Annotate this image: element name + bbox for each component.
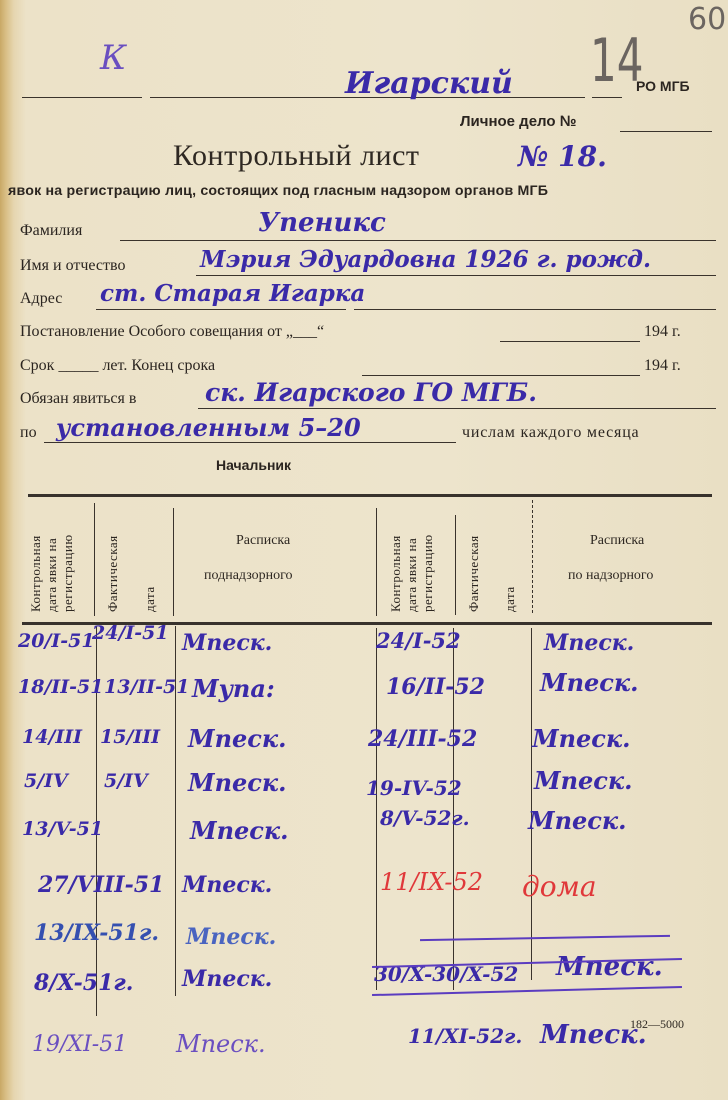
col-sep-4 <box>455 515 456 615</box>
body-col-sep-3 <box>376 628 377 990</box>
left-row-3-control: 14/III <box>22 726 82 748</box>
left-row-7-control: 13/IX-51г. <box>34 920 159 946</box>
obliged-value: ск. Игарского ГО МГБ. <box>205 378 537 407</box>
term-year: 194 г. <box>644 357 681 375</box>
header-actual-date-right-2: дата <box>502 570 518 612</box>
left-row-9-control: 19/XI-51 <box>32 1032 127 1057</box>
header-receipt-left-1: Расписка <box>236 533 290 549</box>
department-suffix: РО МГБ <box>636 78 690 94</box>
left-row-9-signature: Мпеск. <box>176 1030 266 1058</box>
surname-underline <box>120 240 716 241</box>
left-row-4-signature: Мпеск. <box>188 768 287 797</box>
by-underline <box>44 442 456 443</box>
left-row-5-signature: Мпеск. <box>190 816 289 845</box>
decree-year: 194 г. <box>644 323 681 341</box>
personal-file-underline <box>620 131 712 132</box>
left-row-2-actual: 13/II-51 <box>104 676 189 698</box>
left-row-7-signature: Мпеск. <box>186 924 276 950</box>
print-code: 182—5000 <box>630 1017 684 1032</box>
address-underline-1 <box>96 309 346 310</box>
surname-value: Упеникс <box>258 208 386 238</box>
header-receipt-right-1: Расписка <box>590 533 644 549</box>
left-row-4-actual: 5/IV <box>104 770 148 792</box>
obliged-label: Обязан явиться в <box>20 390 136 408</box>
strike-line-3 <box>372 986 682 996</box>
sheet-subtitle: явок на регистрацию лиц, состоящих под г… <box>8 183 548 199</box>
left-row-4-control: 5/IV <box>24 770 68 792</box>
right-row-5-signature: Мпеск. <box>528 806 627 835</box>
col-sep-1 <box>94 503 95 616</box>
term-label: Срок _____ лет. Конец срока <box>20 357 215 375</box>
surname-label: Фамилия <box>20 222 82 240</box>
obliged-underline <box>198 408 716 409</box>
right-row-4-control: 19-IV-52 <box>366 776 462 800</box>
right-row-2-control: 16/II-52 <box>386 674 485 700</box>
header-receipt-right-2: по надзорного <box>568 568 653 584</box>
left-row-3-actual: 15/III <box>100 726 160 748</box>
left-row-8-signature: Мпеск. <box>182 966 272 992</box>
name-value: Мэрия Эдуардовна 1926 г. рожд. <box>200 246 651 273</box>
right-row-2-signature: Мпеск. <box>540 668 639 697</box>
left-row-1-signature: Мпеск. <box>182 630 272 656</box>
header-underline-1 <box>22 97 142 98</box>
col-sep-5 <box>532 500 533 613</box>
personal-file-label: Личное дело № <box>460 113 576 130</box>
left-row-2-signature: Мупа: <box>192 674 275 703</box>
left-row-5-control: 13/V-51 <box>22 818 103 840</box>
left-row-8-control: 8/X-51г. <box>34 970 133 996</box>
address-label: Адрес <box>20 290 62 308</box>
right-row-3-signature: Мпеск. <box>532 724 631 753</box>
right-row-7-signature: Мпеск. <box>556 952 663 982</box>
right-row-5-control: 8/V-52г. <box>380 806 470 830</box>
right-row-8-control: 11/XI-52г. <box>408 1024 522 1048</box>
left-row-6-control: 27/VIII-51 <box>38 872 164 898</box>
right-row-1-control: 24/I-52 <box>376 628 461 653</box>
header-underline-3 <box>592 97 622 98</box>
body-col-sep-5 <box>531 628 532 980</box>
header-actual-date-right-1: Фактическая <box>466 508 482 612</box>
header-actual-date-left-1: Фактическая <box>105 508 121 612</box>
header-receipt-left-2: поднадзорного <box>204 568 293 584</box>
by-suffix: числам каждого месяца <box>462 424 639 442</box>
strike-line-1 <box>420 935 670 941</box>
by-label: по <box>20 424 37 442</box>
left-row-3-signature: Мпеск. <box>188 724 287 753</box>
term-underline <box>362 375 640 376</box>
city-handwritten: Игарский <box>345 66 513 101</box>
name-label: Имя и отчество <box>20 257 125 275</box>
left-row-1-control: 20/I-51 <box>18 630 95 652</box>
right-row-3-control: 24/III-52 <box>368 726 477 752</box>
col-sep-2 <box>173 508 174 616</box>
pencil-page-number: 60 <box>688 2 726 37</box>
control-sheet-document: К Игарский 14 60 РО МГБ Личное дело № Ко… <box>0 0 728 1100</box>
name-underline <box>196 275 716 276</box>
header-actual-date-left-2: дата <box>142 570 158 612</box>
left-row-2-control: 18/II-51 <box>18 676 103 698</box>
left-row-6-signature: Мпеск. <box>182 872 272 898</box>
right-row-6-control: 11/IX-52 <box>380 868 483 896</box>
right-row-6-note: дома <box>522 870 597 903</box>
decree-label: Постановление Особого совещания от „___“ <box>20 323 324 341</box>
corner-mark: К <box>100 38 126 78</box>
sheet-title: Контрольный лист <box>173 139 420 173</box>
sheet-number: № 18. <box>518 140 607 173</box>
right-row-4-signature: Мпеск. <box>534 766 633 795</box>
decree-underline <box>500 341 640 342</box>
address-value: ст. Старая Игарка <box>100 280 365 307</box>
left-row-1-actual: 24/I-51 <box>92 622 169 644</box>
chief-label: Начальник <box>216 457 291 473</box>
header-control-date-left: Контрольная дата явки на регистрацию <box>28 500 76 612</box>
right-row-1-signature: Мпеск. <box>544 630 634 656</box>
col-sep-3 <box>376 508 377 616</box>
address-underline-2 <box>354 309 716 310</box>
header-control-date-right: Контрольная дата явки на регистрацию <box>388 500 436 612</box>
by-value: установленным 5–20 <box>56 413 361 442</box>
table-top-border <box>28 494 712 497</box>
